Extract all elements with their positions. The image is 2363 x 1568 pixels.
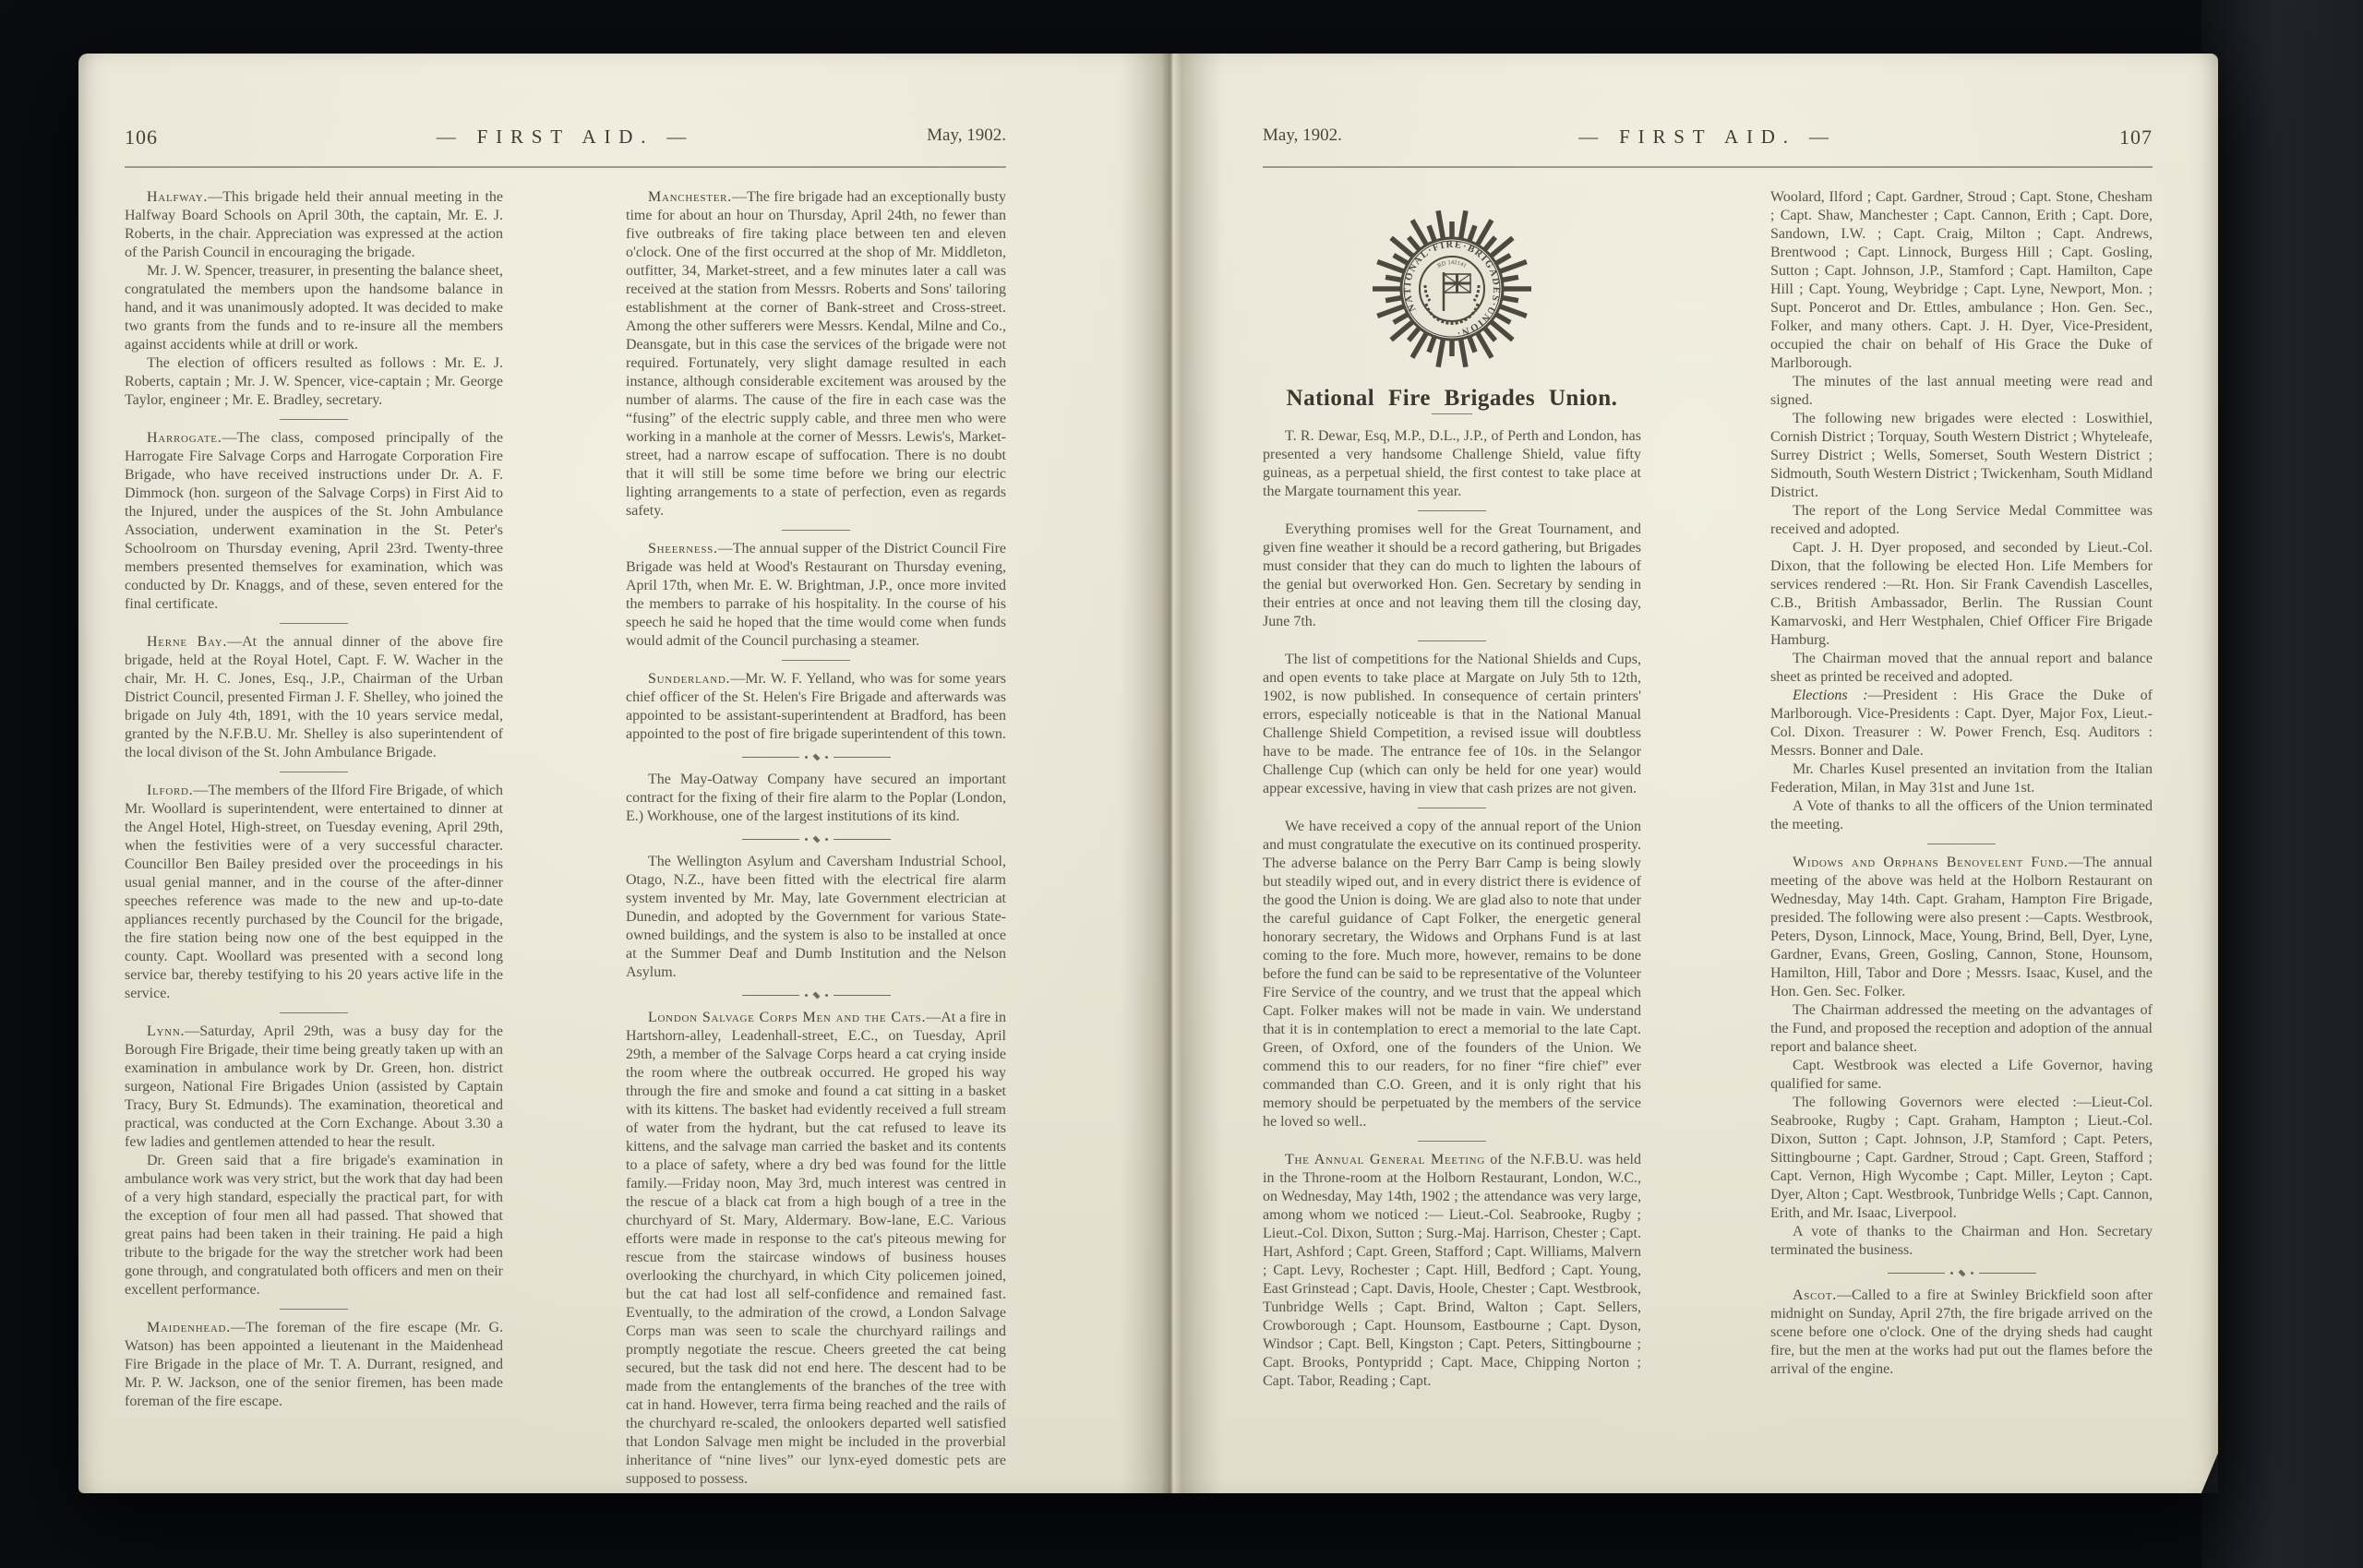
paragraph-lead-italic: Elections : <box>1793 688 1868 703</box>
paragraph-lead: Halfway. <box>147 189 208 205</box>
section-divider <box>280 1012 348 1013</box>
article-paragraph: Mr. Charles Kusel presented an invitatio… <box>1770 760 2153 797</box>
paragraph-lead: Widows and Orphans Benovelent Fund. <box>1793 855 2069 870</box>
article-paragraph: Mr. J. W. Spencer, treasurer, in present… <box>125 262 503 354</box>
article-paragraph: Ilford.—The members of the Ilford Fire B… <box>125 782 503 1003</box>
section-divider <box>1418 1141 1486 1142</box>
ornament-divider <box>626 836 1006 843</box>
ornament-dot <box>1971 1272 1973 1275</box>
right-page-header: May, 1902. — FIRST AID. — 107 <box>1263 126 2153 153</box>
section-divider <box>280 419 348 420</box>
ornament-divider <box>626 992 1006 999</box>
ornament-line <box>834 995 891 996</box>
article-heading: National Fire Brigades Union. <box>1263 389 1641 408</box>
left-page: 106 — FIRST AID. — May, 1902. Halfway.—T… <box>78 54 1170 1493</box>
page-spread: 106 — FIRST AID. — May, 1902. Halfway.—T… <box>78 54 2218 1493</box>
article-paragraph: Capt. Westbrook was elected a Life Gover… <box>1770 1057 2153 1094</box>
nfbu-badge: NATIONAL·FIRE·BRIGADES·UNION·RD 142141 <box>1364 201 1540 377</box>
masthead: — FIRST AID. — <box>125 126 1006 149</box>
ornament-diamond <box>812 836 820 844</box>
article-paragraph: The following Governors were elected :—L… <box>1770 1094 2153 1223</box>
paragraph-lead: Ascot. <box>1793 1287 1837 1303</box>
ornament-line <box>742 995 799 996</box>
article-paragraph: Manchester.—The fire brigade had an exce… <box>626 188 1006 521</box>
paragraph-lead: Manchester. <box>648 189 732 205</box>
ornament-diamond <box>812 754 820 761</box>
paragraph-lead: Harrogate. <box>147 430 222 446</box>
paragraph-lead: The Annual General Meeting <box>1285 1152 1485 1167</box>
ornament-line <box>834 757 891 758</box>
masthead: — FIRST AID. — <box>1263 126 2153 149</box>
paragraph-lead: Ilford. <box>147 783 193 798</box>
article-paragraph: Lynn.—Saturday, April 29th, was a busy d… <box>125 1023 503 1152</box>
section-divider <box>1418 640 1486 641</box>
article-paragraph: The following new brigades were elected … <box>1770 410 2153 502</box>
ornament-line <box>1979 1273 2036 1274</box>
issue-date: May, 1902. <box>927 126 1006 146</box>
section-divider <box>1927 844 1996 844</box>
ornament-line <box>834 839 891 840</box>
ornament-dot <box>805 756 808 759</box>
article-paragraph: Maidenhead.—The foreman of the fire esca… <box>125 1319 503 1411</box>
paragraph-lead: Lynn. <box>147 1023 185 1039</box>
ornament-dot <box>805 994 808 997</box>
article-paragraph: A Vote of thanks to all the officers of … <box>1770 797 2153 834</box>
section-divider <box>280 772 348 772</box>
article-paragraph: The May-Oatway Company have secured an i… <box>626 771 1006 826</box>
ornament-line <box>742 839 799 840</box>
book-scan: 106 — FIRST AID. — May, 1902. Halfway.—T… <box>0 0 2363 1568</box>
section-divider <box>280 1309 348 1310</box>
right-page: May, 1902. — FIRST AID. — 107 NATIONAL·F… <box>1170 54 2218 1493</box>
article-paragraph: Halfway.—This brigade held their annual … <box>125 188 503 262</box>
book-cover-edge <box>2201 0 2363 1568</box>
article-paragraph: The report of the Long Service Medal Com… <box>1770 502 2153 539</box>
article-paragraph: Dr. Green said that a fire brigade's exa… <box>125 1152 503 1299</box>
article-paragraph: Herne Bay.—At the annual dinner of the a… <box>125 633 503 762</box>
paragraph-lead: Maidenhead. <box>147 1320 231 1335</box>
ornament-divider <box>1770 1270 2153 1276</box>
article-paragraph: Widows and Orphans Benovelent Fund.—The … <box>1770 854 2153 1001</box>
article-paragraph: The Annual General Meeting of the N.F.B.… <box>1263 1151 1641 1391</box>
article-paragraph: T. R. Dewar, Esq, M.P., D.L., J.P., of P… <box>1263 427 1641 501</box>
ornament-diamond <box>1958 1270 1965 1277</box>
article-paragraph: The Chairman addressed the meeting on th… <box>1770 1001 2153 1057</box>
left-page-column-1: Halfway.—This brigade held their annual … <box>125 188 503 1411</box>
paragraph-lead: Sunderland. <box>648 671 730 687</box>
ornament-dot <box>825 838 828 841</box>
header-rule <box>125 166 1006 168</box>
article-paragraph: The election of officers resulted as fol… <box>125 354 503 410</box>
article-paragraph: We have received a copy of the annual re… <box>1263 818 1641 1131</box>
article-paragraph: Woolard, Ilford ; Capt. Gardner, Stroud … <box>1770 188 2153 373</box>
heading-rule <box>1432 413 1472 414</box>
article-paragraph: Sunderland.—Mr. W. F. Yelland, who was f… <box>626 670 1006 744</box>
left-page-header: 106 — FIRST AID. — May, 1902. <box>125 126 1006 153</box>
section-divider <box>782 660 850 661</box>
article-paragraph: Sheerness.—The annual supper of the Dist… <box>626 540 1006 651</box>
ornament-dot <box>1950 1272 1953 1275</box>
header-rule <box>1263 166 2153 168</box>
section-divider <box>280 623 348 624</box>
article-paragraph: Ascot.—Called to a fire at Swinley Brick… <box>1770 1287 2153 1379</box>
article-paragraph: The Wellington Asylum and Caversham Indu… <box>626 853 1006 982</box>
right-page-column-1: NATIONAL·FIRE·BRIGADES·UNION·RD 142141Na… <box>1263 188 1641 1391</box>
section-divider <box>1418 510 1486 511</box>
article-paragraph: London Salvage Corps Men and the Cats.—A… <box>626 1009 1006 1489</box>
article-paragraph: Capt. J. H. Dyer proposed, and seconded … <box>1770 539 2153 650</box>
paragraph-lead: Herne Bay. <box>147 634 227 650</box>
right-page-column-2: Woolard, Ilford ; Capt. Gardner, Stroud … <box>1770 188 2153 1379</box>
section-divider <box>782 530 850 531</box>
ornament-divider <box>626 754 1006 760</box>
paragraph-lead: Sheerness. <box>648 541 718 557</box>
article-paragraph: The Chairman moved that the annual repor… <box>1770 650 2153 687</box>
article-paragraph: A vote of thanks to the Chairman and Hon… <box>1770 1223 2153 1260</box>
ornament-diamond <box>812 992 820 999</box>
ornament-dot <box>825 756 828 759</box>
article-paragraph: Elections :—President : His Grace the Du… <box>1770 687 2153 760</box>
article-paragraph: The minutes of the last annual meeting w… <box>1770 373 2153 410</box>
page-number: 107 <box>2119 126 2153 150</box>
article-paragraph: Everything promises well for the Great T… <box>1263 521 1641 631</box>
ornament-line <box>1888 1273 1945 1274</box>
ornament-dot <box>805 838 808 841</box>
article-paragraph: Harrogate.—The class, composed principal… <box>125 429 503 614</box>
section-divider <box>1418 808 1486 808</box>
ornament-line <box>742 757 799 758</box>
ornament-dot <box>825 994 828 997</box>
paragraph-lead: London Salvage Corps Men and the Cats. <box>648 1010 926 1025</box>
article-paragraph: The list of competitions for the Nationa… <box>1263 651 1641 798</box>
left-page-column-2: Manchester.—The fire brigade had an exce… <box>626 188 1006 1489</box>
